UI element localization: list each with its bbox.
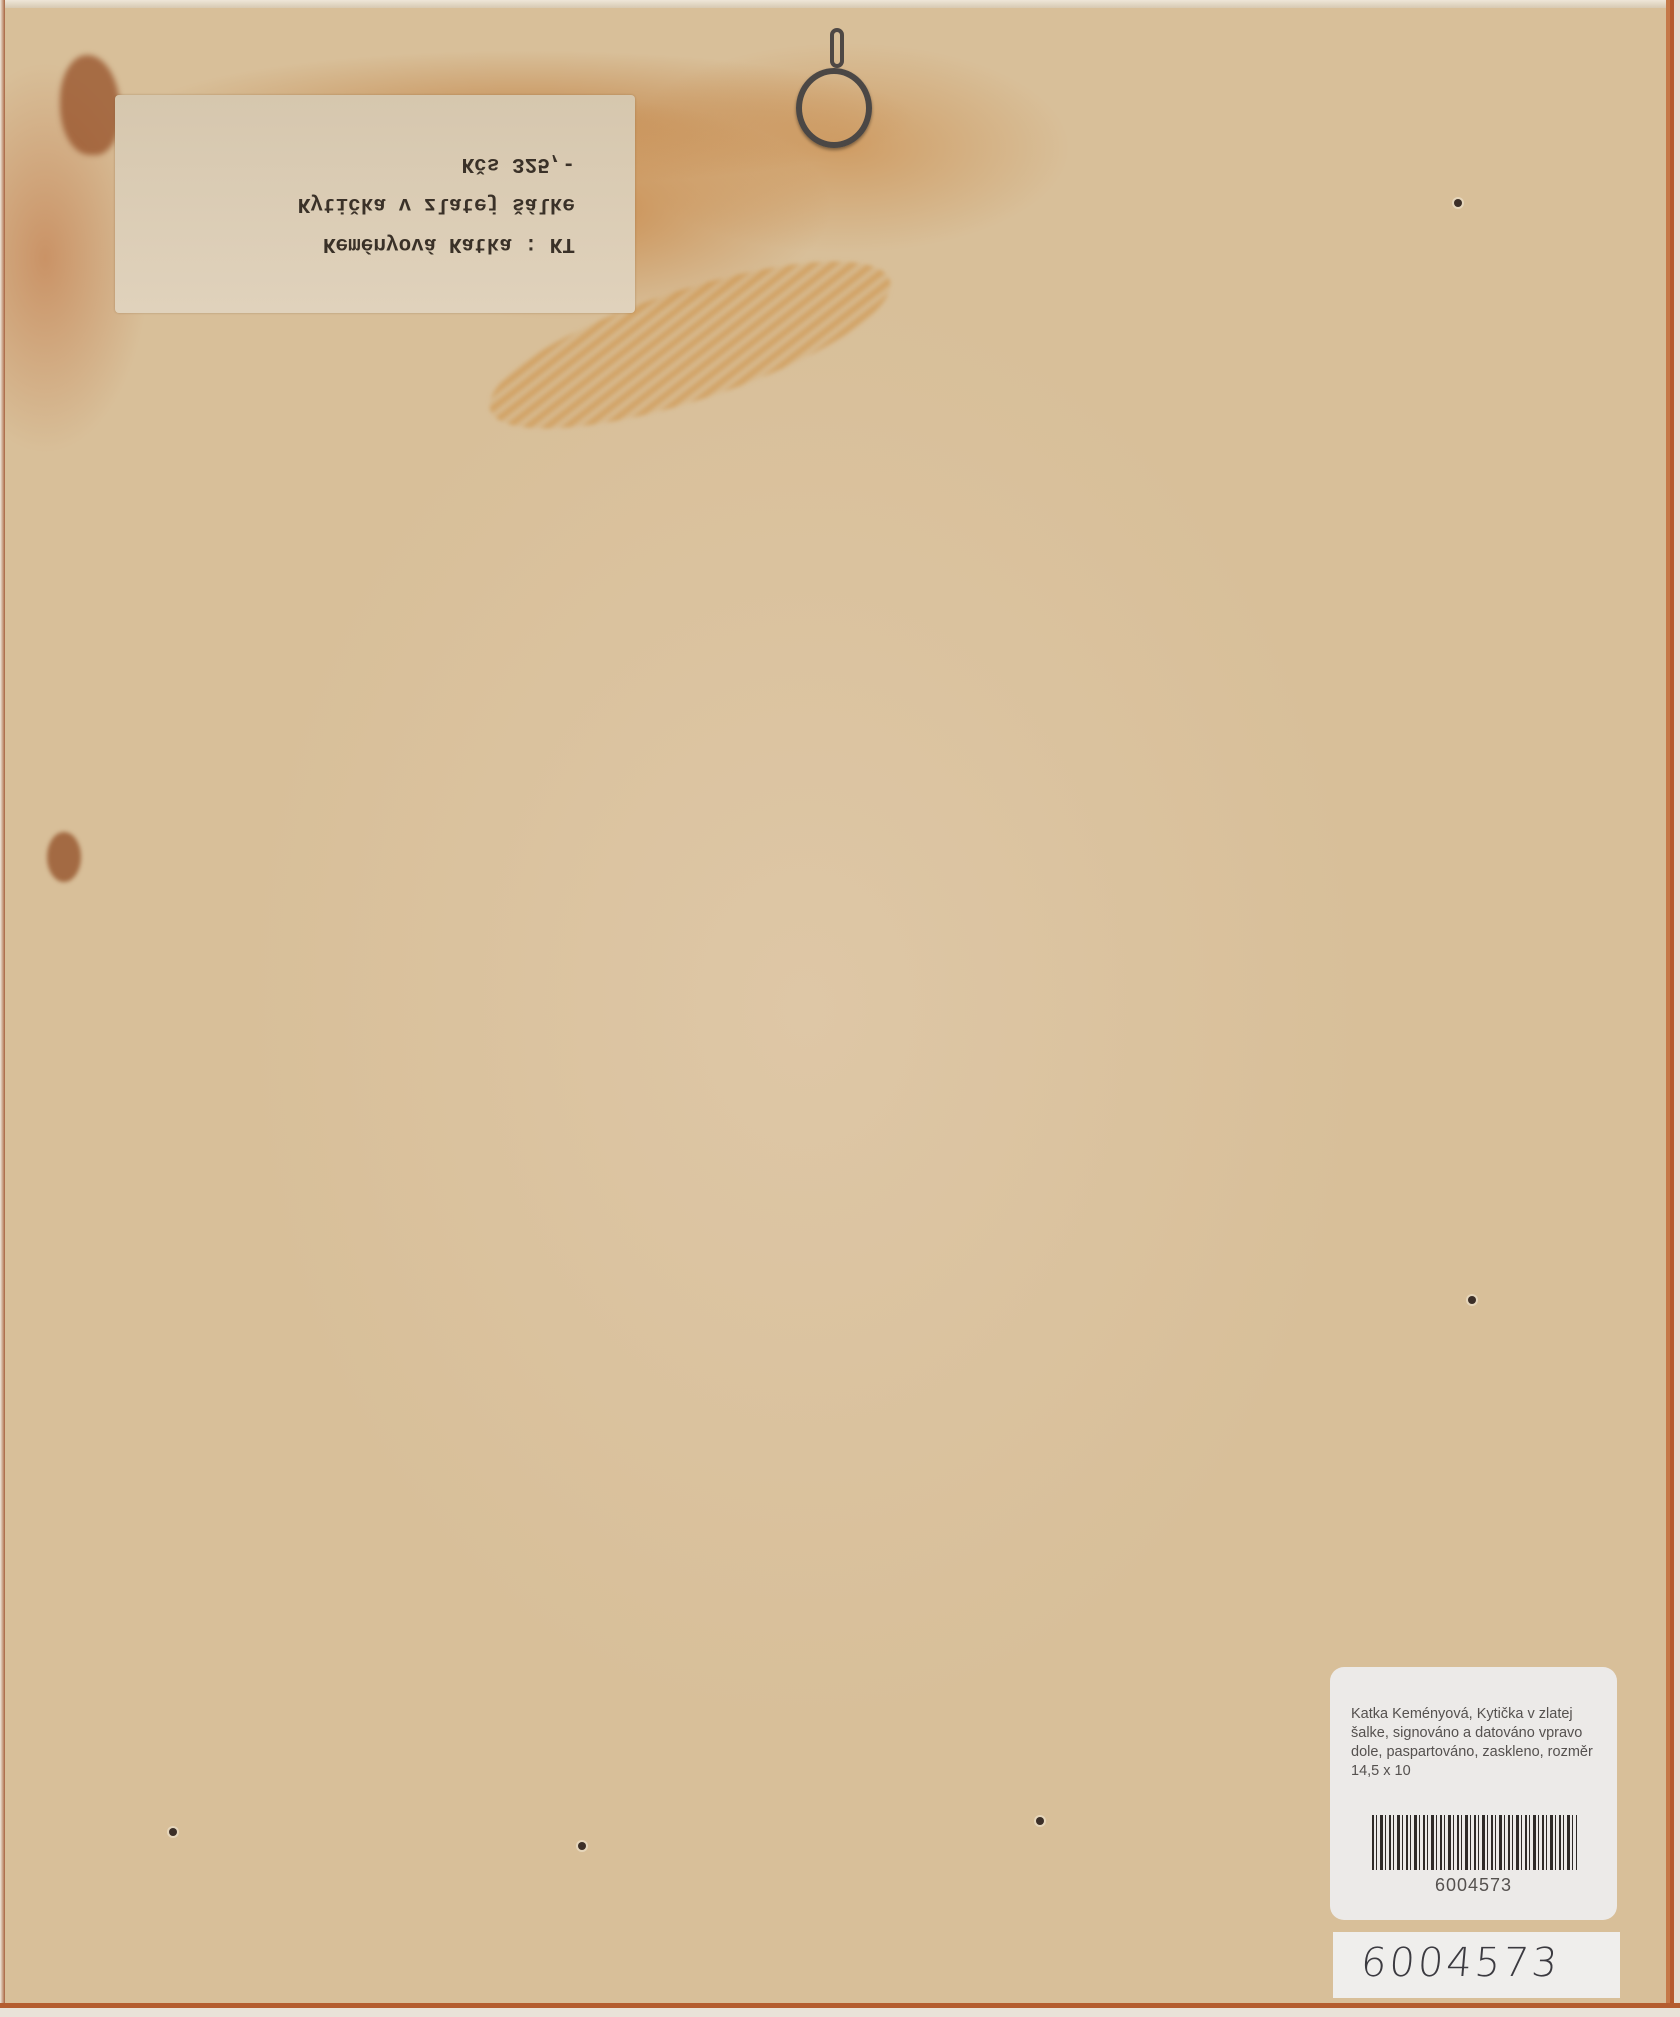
frame-edge-left [0, 0, 5, 2017]
item-description: Katka Keményová, Kytička v zlatej šalke,… [1351, 1705, 1611, 1781]
nail-icon [1454, 199, 1462, 207]
hanging-ring-icon [796, 68, 872, 148]
handwritten-number: 6004573 [1359, 1940, 1562, 1986]
title-line: Kytička v zlatej šálke [195, 183, 575, 223]
frame-edge-bottom [0, 2003, 1680, 2017]
hanger-loop-icon [830, 28, 844, 68]
frame-edge-top [0, 0, 1680, 8]
barcode-icon [1372, 1815, 1577, 1870]
price-label-text: Keményová Katka : KT Kytička v zlatej šá… [195, 143, 575, 263]
nail-icon [169, 1828, 177, 1836]
nail-icon [578, 1842, 586, 1850]
nail-icon [1468, 1296, 1476, 1304]
typed-price-label: Keményová Katka : KT Kytička v zlatej šá… [115, 95, 635, 313]
inventory-sticker: Katka Keményová, Kytička v zlatej šalke,… [1330, 1667, 1617, 1920]
artist-line: Keményová Katka : KT [195, 223, 575, 263]
frame-edge-right [1666, 0, 1680, 2017]
water-stain [47, 832, 81, 882]
nail-icon [1036, 1817, 1044, 1825]
price-line: Kčs 325,- [195, 143, 575, 183]
handwritten-label: 6004573 [1333, 1932, 1620, 1998]
barcode-number: 6004573 [1330, 1875, 1617, 1896]
